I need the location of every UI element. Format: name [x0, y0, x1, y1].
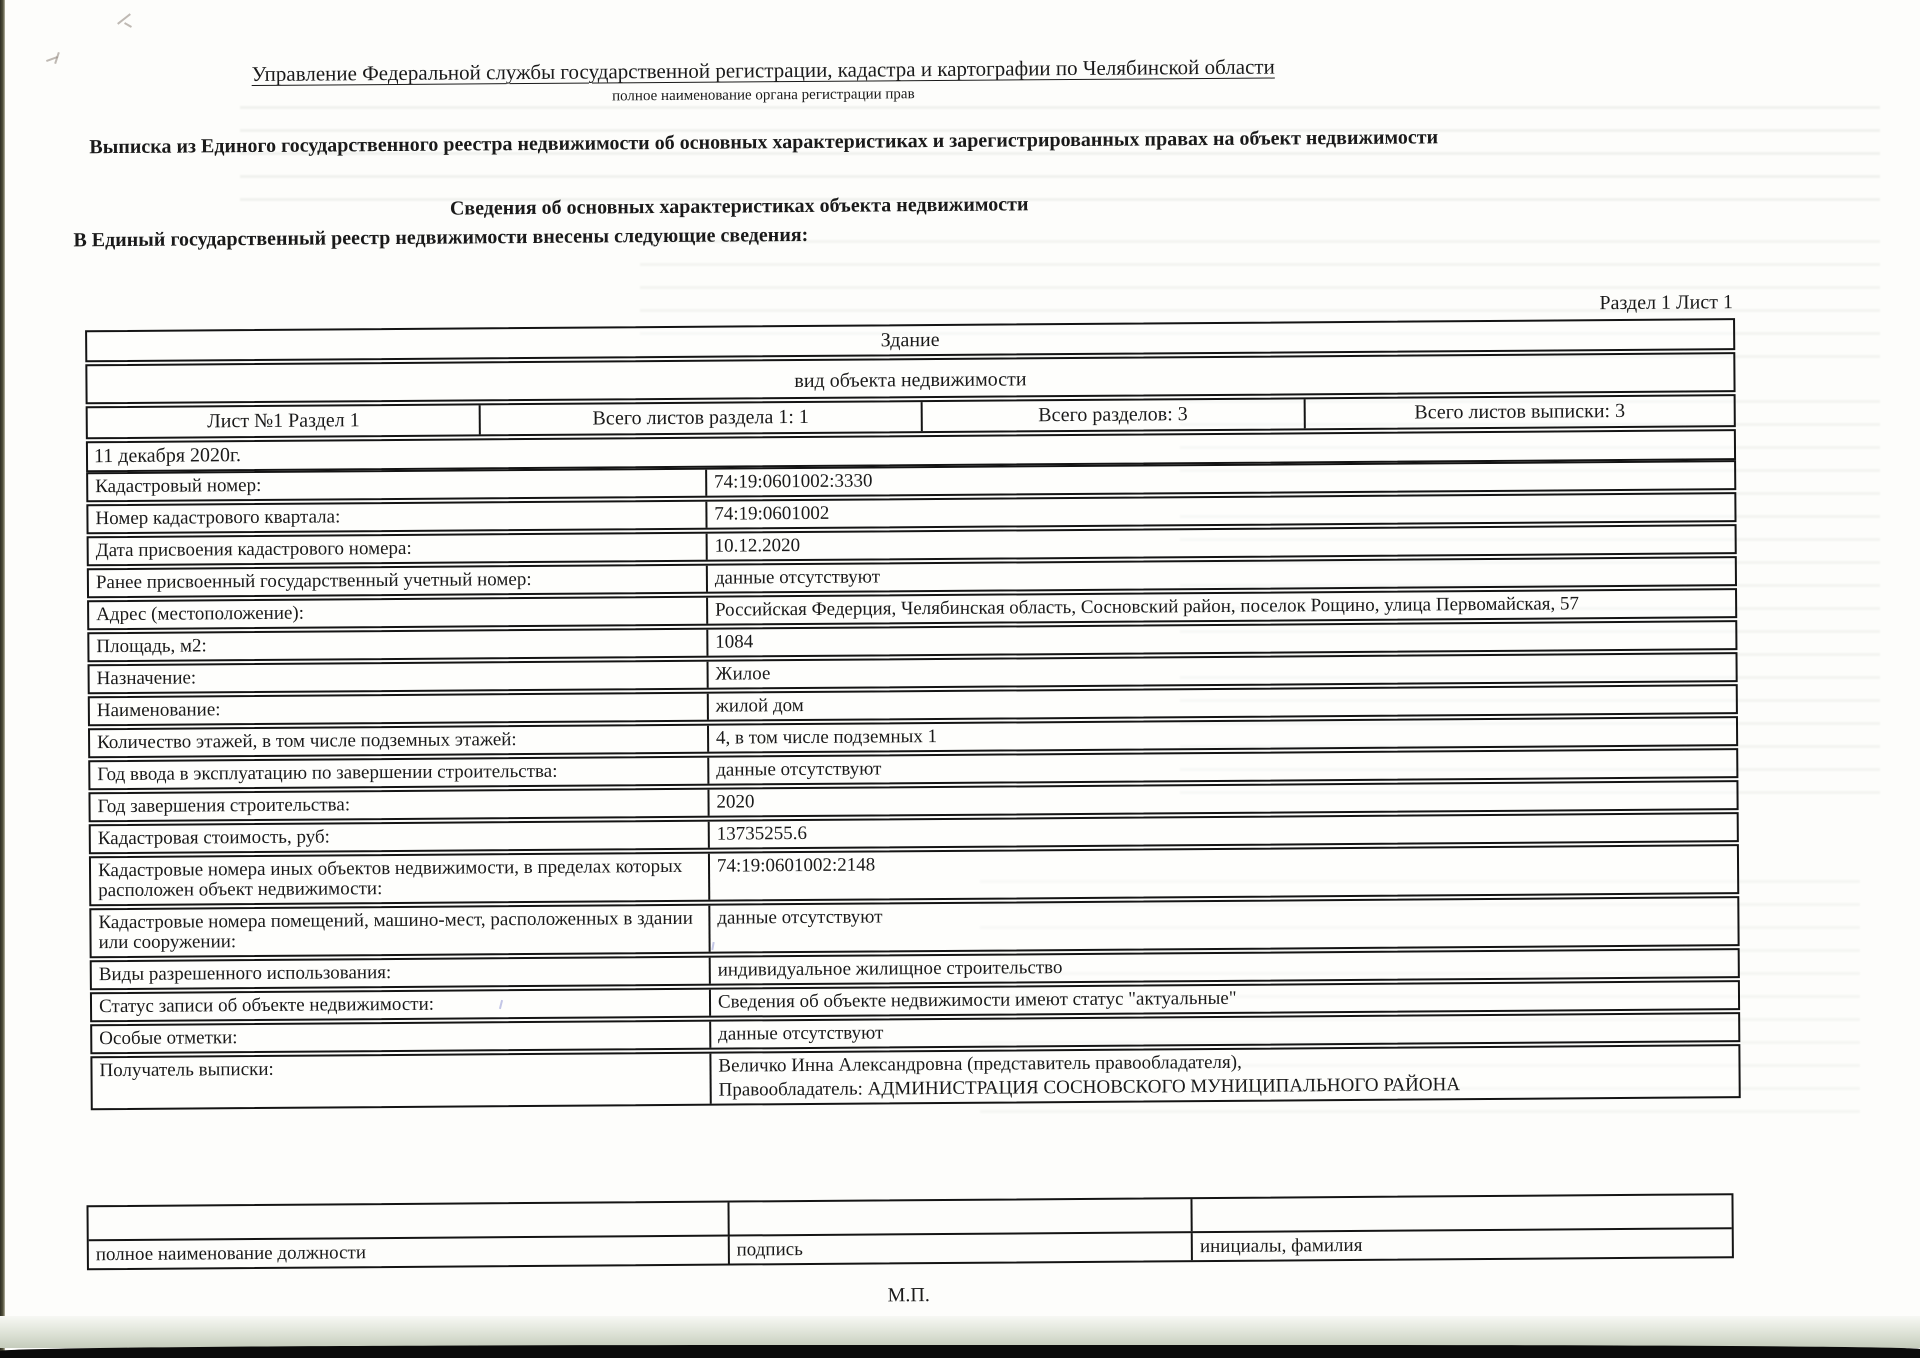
row-value: данные отсутствуют: [711, 1014, 1738, 1048]
row-value: Российская Федерция, Челябинская область…: [708, 590, 1735, 624]
row-label: Дата присвоения кадастрового номера:: [89, 534, 708, 565]
signature-table: полное наименование должности подпись ин…: [86, 1193, 1733, 1270]
row-label: Статус записи об объекте недвижимости:: [92, 990, 711, 1021]
object-rows: Кадастровый номер:74:19:0601002:3330Номе…: [86, 460, 1741, 1110]
meta-total-sheets-section: Всего листов раздела 1: 1: [481, 402, 922, 434]
row-label: Год ввода в эксплуатацию по завершении с…: [90, 758, 709, 789]
scan-left-edge: [0, 0, 5, 1358]
extract-title: Выписка из Единого государственного реес…: [0, 126, 1529, 160]
row-value: индивидуальное жилищное строительство: [711, 950, 1738, 984]
signature-name-field: [1193, 1195, 1732, 1231]
intro-line: В Единый государственный реестр недвижим…: [73, 224, 808, 252]
row-value: 13735255.6: [710, 814, 1737, 848]
row-value: 74:19:0601002: [707, 494, 1734, 528]
row-value: 10.12.2020: [707, 526, 1734, 560]
row-value: Величко Инна Александровна (представител…: [711, 1046, 1738, 1104]
row-label: Получатель выписки:: [92, 1054, 711, 1109]
row-value: 2020: [709, 782, 1736, 816]
document-header: Управление Федеральной службы государств…: [0, 52, 1529, 160]
section-heading: Сведения об основных характеристиках объ…: [0, 190, 1479, 224]
row-label: Кадастровые номера помещений, машино-мес…: [91, 906, 710, 957]
row-value: данные отсутствуют: [709, 750, 1736, 784]
object-characteristics-table: Здание вид объекта недвижимости Лист №1 …: [85, 318, 1741, 1110]
signature-position-field: [89, 1203, 730, 1240]
row-label: Особые отметки:: [92, 1022, 711, 1053]
row-value: 74:19:0601002:2148: [710, 846, 1737, 900]
row-value: жилой дом: [709, 686, 1736, 720]
row-value: данные отсутствуют: [708, 558, 1735, 592]
scanned-document-page: { "page": { "authority_name": "Управлени…: [0, 0, 1920, 1358]
row-value: 1084: [708, 622, 1735, 656]
stamp-place-label: М.П.: [87, 1278, 1730, 1313]
row-label: Наименование:: [90, 694, 709, 725]
row-label: Кадастровый номер:: [88, 470, 707, 501]
row-label: Площадь, м2:: [89, 630, 708, 661]
row-label: Виды разрешенного использования:: [92, 958, 711, 989]
row-label: Ранее присвоенный государственный учетны…: [89, 566, 708, 597]
meta-total-sheets-extract: Всего листов выписки: 3: [1306, 396, 1734, 428]
meta-total-sections: Всего разделов: 3: [922, 399, 1306, 431]
signature-position-label: полное наименование должности: [89, 1237, 730, 1269]
row-label: Год завершения строительства:: [90, 790, 709, 821]
row-label: Количество этажей, в том числе подземных…: [90, 726, 709, 757]
row-label: Номер кадастрового квартала:: [88, 502, 707, 533]
row-value: Сведения об объекте недвижимости имеют с…: [711, 982, 1738, 1016]
table-row: Получатель выписки:Величко Инна Александ…: [90, 1044, 1740, 1110]
row-label: Кадастровая стоимость, руб:: [91, 822, 710, 853]
row-label: Адрес (местоположение):: [89, 598, 708, 629]
table-row: Кадастровые номера иных объектов недвижи…: [89, 844, 1739, 906]
document-content: Управление Федеральной службы государств…: [0, 0, 1920, 1358]
signature-name-label: инициалы, фамилия: [1193, 1229, 1732, 1260]
row-value: 4, в том числе подземных 1: [709, 718, 1736, 752]
scanner-bed-edge: [0, 1345, 1920, 1358]
row-value: 74:19:0601002:3330: [707, 462, 1734, 496]
signature-sign-label: подпись: [730, 1233, 1193, 1263]
row-value: Жилое: [708, 654, 1735, 688]
row-label: Назначение:: [90, 662, 709, 693]
meta-sheet-section: Лист №1 Раздел 1: [88, 405, 482, 437]
row-value: данные отсутствуют: [710, 898, 1737, 952]
row-label: Кадастровые номера иных объектов недвижи…: [91, 854, 710, 905]
table-row: Кадастровые номера помещений, машино-мес…: [89, 896, 1739, 958]
scanner-bed-band: [0, 1316, 1920, 1348]
paper-sheet: Управление Федеральной службы государств…: [0, 0, 1920, 1358]
signature-sign-field: [729, 1199, 1193, 1234]
